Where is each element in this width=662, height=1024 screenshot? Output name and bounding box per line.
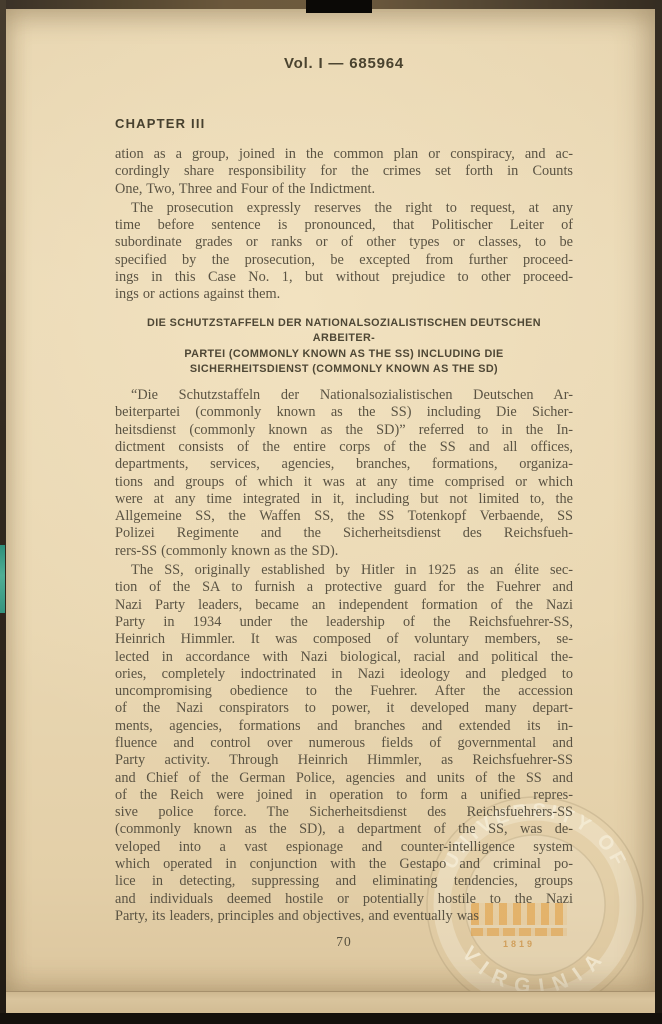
heading-line: DIE SCHUTZSTAFFELN DER NATIONALSOZIALIST… (115, 316, 573, 347)
scanned-page: UNIVERSITY OF VIRGINIA 1819 Vol. I — 685… (6, 9, 655, 992)
heading-line: PARTEI (COMMONLY KNOWN AS THE SS) INCLUD… (115, 347, 573, 363)
text-line: tions and groups of which it was at any … (115, 474, 573, 491)
scan-edge-bottom (0, 1013, 662, 1024)
text-line: departments, services, agencies, branche… (115, 456, 573, 473)
text-line: of the Reich were joined in operation to… (115, 787, 573, 804)
heading-line: SICHERHEITSDIENST (COMMONLY KNOWN AS THE… (115, 362, 573, 378)
paragraph: “Die Schutzstaffeln der Nationalsozialis… (115, 387, 573, 560)
text-line: rers-SS (commonly known as the SD). (115, 543, 573, 560)
text-line: Heinrich Himmler. It was composed of vol… (115, 631, 573, 648)
text-line: The prosecution expressly reserves the r… (115, 200, 573, 217)
text-line: One, Two, Three and Four of the Indictme… (115, 181, 573, 198)
text-line: tion of the SA to furnish a protective g… (115, 579, 573, 596)
text-line: cordingly share responsibility for the c… (115, 163, 573, 180)
text-line: ories, completely indoctrinated in Nazi … (115, 666, 573, 683)
text-line: and Chief of the German Police, agencies… (115, 770, 573, 787)
archive-teal-mark (0, 545, 5, 613)
body-content: ation as a group, joined in the common p… (115, 146, 573, 925)
paragraph: ation as a group, joined in the common p… (115, 146, 573, 198)
scan-edge-top-black-segment (306, 0, 372, 13)
section-heading: DIE SCHUTZSTAFFELN DER NATIONALSOZIALIST… (115, 316, 573, 378)
underlying-page-edge (6, 991, 655, 1013)
text-line: (commonly known as the SD), a department… (115, 821, 573, 838)
text-line: Party in 1934 under the leadership of th… (115, 614, 573, 631)
text-line: and individuals deemed hostile or potent… (115, 891, 573, 908)
text-line: Polizei Regimente and the Sicherheitsdie… (115, 525, 573, 542)
page-number: 70 (115, 934, 573, 950)
text-line: uncompromising obedience to the Fuehrer.… (115, 683, 573, 700)
text-line: Allgemeine SS, the Waffen SS, the SS Tot… (115, 508, 573, 525)
text-line: fluence and control over numerous fields… (115, 735, 573, 752)
chapter-heading: CHAPTER III (115, 116, 573, 132)
scanned-document-screenshot: UNIVERSITY OF VIRGINIA 1819 Vol. I — 685… (0, 0, 662, 1024)
text-line: time before sentence is pronounced, that… (115, 217, 573, 234)
volume-header: Vol. I — 685964 (115, 55, 573, 73)
text-line: “Die Schutzstaffeln der Nationalsozialis… (115, 387, 573, 404)
text-line: Party activity. Through Heinrich Himmler… (115, 752, 573, 769)
text-line: which operated in conjunction with the G… (115, 856, 573, 873)
text-line: specified by the prosecution, be excepte… (115, 252, 573, 269)
text-line: sive police force. The Sicherheitsdienst… (115, 804, 573, 821)
text-line: dictment consists of the entire corps of… (115, 439, 573, 456)
text-line: ings or actions against them. (115, 286, 573, 303)
text-line: Nazi Party leaders, became an independen… (115, 597, 573, 614)
text-line: veloped into a vast espionage and counte… (115, 839, 573, 856)
paragraph: The SS, originally established by Hitler… (115, 562, 573, 925)
text-line: lected in accordance with Nazi biologica… (115, 649, 573, 666)
text-line: lice in detecting, suppressing and elimi… (115, 873, 573, 890)
scan-edge-right (655, 0, 662, 1024)
text-line: ation as a group, joined in the common p… (115, 146, 573, 163)
text-line: The SS, originally established by Hitler… (115, 562, 573, 579)
text-line: ings in this Case No. 1, but without pre… (115, 269, 573, 286)
text-line: subordinate grades or ranks or of other … (115, 234, 573, 251)
text-line: Party, its leaders, principles and objec… (115, 908, 573, 925)
text-line: of the Nazi conspirators to power, it de… (115, 700, 573, 717)
text-line: beiterpartei (commonly known as the SS) … (115, 404, 573, 421)
scan-edge-left (0, 0, 6, 1024)
text-column: Vol. I — 685964 CHAPTER III ation as a g… (115, 55, 573, 950)
text-line: were at any time integrated in it, inclu… (115, 491, 573, 508)
text-line: heitsdienst (commonly known as the SD)” … (115, 422, 573, 439)
paragraph: The prosecution expressly reserves the r… (115, 200, 573, 304)
text-line: ments, agencies, formations and branches… (115, 718, 573, 735)
